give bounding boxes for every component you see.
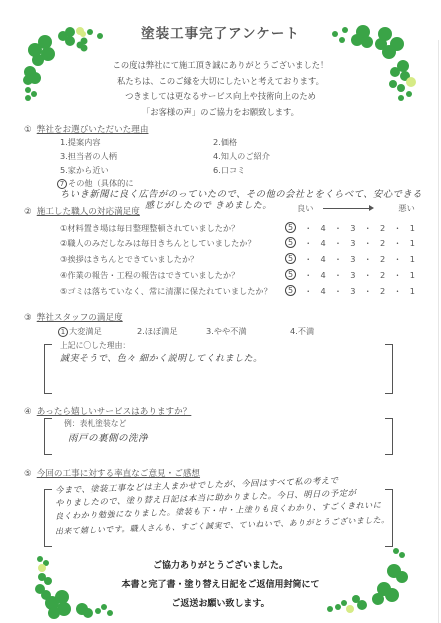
intro-line: つきましては更なるサービス向上や技術向上のため — [0, 89, 441, 105]
intro-line: この度は弊社にて施工頂き誠にありがとうございました！ — [0, 58, 441, 74]
section-number: ④ — [24, 407, 32, 417]
rating-scale[interactable]: 5・4・3・2・1 — [285, 270, 415, 281]
rating-option[interactable]: 1 — [410, 238, 415, 249]
rating-option[interactable]: 1 — [410, 270, 415, 281]
rating-scale[interactable]: 5・4・3・2・1 — [285, 223, 415, 234]
section3-heading: ③弊社スタッフの満足度 — [24, 311, 123, 323]
reason-box-right-bracket — [385, 344, 393, 394]
reason-option[interactable]: 3.担当者の人柄 — [60, 151, 117, 162]
rating-option[interactable]: 1 — [410, 254, 415, 265]
arrow-right-icon — [323, 208, 371, 209]
rating-option[interactable]: 3 — [350, 286, 355, 297]
page-edge-line — [438, 40, 439, 623]
section2-heading: ②施工した職人の対応満足度 — [24, 205, 140, 217]
scale-good-label: 良い — [297, 203, 313, 214]
rating-selected[interactable]: 5 — [285, 222, 296, 233]
intro-line: 「お客様の声」のご協力をお願致します。 — [0, 105, 441, 121]
rating-option[interactable]: 4 — [321, 223, 326, 234]
rating-option[interactable]: 2 — [380, 270, 385, 281]
reason-option[interactable]: 6.口コミ — [213, 165, 245, 176]
service-example: 例：表札塗装など — [64, 418, 126, 429]
reason-option[interactable]: 5.家から近い — [60, 165, 109, 176]
question-text: ③挨拶はきちんとできていましたか？ — [60, 254, 198, 265]
survey-page: 塗装工事完了アンケート この度は弊社にて施工頂き誠にありがとうございました！ 私… — [0, 0, 441, 623]
rating-option[interactable]: 2 — [380, 254, 385, 265]
question-text: ②職人のみだしなみは毎日きちんとしていましたか？ — [60, 238, 256, 249]
rating-selected[interactable]: 5 — [285, 285, 296, 296]
section-label: 弊社スタッフの満足度 — [37, 313, 123, 323]
closing-line: ご協力ありがとうございました。 — [0, 557, 441, 576]
survey-title: 塗装工事完了アンケート — [0, 22, 441, 42]
rating-option[interactable]: 1 — [410, 223, 415, 234]
section-number: ⑤ — [24, 469, 32, 479]
section-label: 施工した職人の対応満足度 — [37, 207, 140, 217]
scale-legend: 良い 悪い — [297, 203, 415, 214]
rating-option[interactable]: 3 — [350, 238, 355, 249]
section-number: ① — [24, 125, 32, 135]
section-label: 弊社をお選びいただいた理由 — [37, 125, 149, 135]
question-text: ①材料置き場は毎日整理整頓されていましたか？ — [60, 223, 239, 234]
staff-option[interactable]: 2.ほぼ満足 — [137, 326, 178, 337]
handwritten-service[interactable]: 雨戸の裏側の洗浄 — [68, 430, 148, 444]
service-box-right-bracket — [385, 418, 393, 455]
rating-option[interactable]: 4 — [321, 238, 326, 249]
rating-selected[interactable]: 5 — [285, 237, 296, 248]
intro-text: この度は弊社にて施工頂き誠にありがとうございました！ 私たちは、このご縁を大切に… — [0, 58, 441, 120]
rating-option[interactable]: 3 — [350, 223, 355, 234]
comment-box-left-bracket — [44, 489, 52, 547]
section5-heading: ⑤今回の工事に対する率直なご意見・ご感想 — [24, 467, 200, 479]
closing-message: ご協力ありがとうございました。 本書と完了書・塗り替え日記をご返信用封筒にて ご… — [0, 557, 441, 614]
section-number: ② — [24, 207, 32, 217]
reason-option[interactable]: 1.提案内容 — [60, 137, 101, 148]
rating-option[interactable]: 3 — [350, 270, 355, 281]
reason-box-left-bracket — [44, 344, 52, 394]
reason-option[interactable]: 4.知人のご紹介 — [213, 151, 270, 162]
question-text: ⑤ゴミは落ちていなく、常に清潔に保たれていましたか？ — [60, 286, 272, 297]
rating-scale[interactable]: 5・4・3・2・1 — [285, 238, 415, 249]
rating-selected[interactable]: 5 — [285, 253, 296, 264]
section-label: 今回の工事に対する率直なご意見・ご感想 — [37, 469, 200, 479]
section-number: ③ — [24, 313, 32, 323]
rating-scale[interactable]: 5・4・3・2・1 — [285, 286, 415, 297]
scale-bad-label: 悪い — [398, 203, 414, 214]
rating-option[interactable]: 4 — [321, 286, 326, 297]
reason-label: 上記に〇した理由： — [60, 340, 130, 351]
section1-heading: ①弊社をお選びいただいた理由 — [24, 123, 148, 135]
question-text: ④作業の報告・工程の報告はできていましたか？ — [60, 270, 239, 281]
handwritten-reason-line[interactable]: 感じがしたので きめました。 — [145, 198, 272, 211]
intro-line: 私たちは、このご縁を大切にしたいと考えております。 — [0, 74, 441, 90]
rating-option[interactable]: 2 — [380, 286, 385, 297]
rating-scale[interactable]: 5・4・3・2・1 — [285, 254, 415, 265]
staff-option-selected[interactable]: 1大変満足 — [58, 326, 102, 337]
reason-option[interactable]: 2.価格 — [213, 137, 237, 148]
staff-option[interactable]: 4.不満 — [290, 326, 314, 337]
rating-option[interactable]: 2 — [380, 238, 385, 249]
service-box-left-bracket — [44, 418, 52, 455]
rating-selected[interactable]: 5 — [285, 269, 296, 280]
closing-line: ご返送お願い致します。 — [0, 595, 441, 614]
handwritten-staff-reason[interactable]: 誠実そうで、色々 細かく説明してくれました。 — [60, 351, 263, 364]
rating-option[interactable]: 2 — [380, 223, 385, 234]
closing-line: 本書と完了書・塗り替え日記をご返信用封筒にて — [0, 576, 441, 595]
section-label: あったら嬉しいサービスはありますか？ — [37, 407, 192, 417]
rating-option[interactable]: 3 — [350, 254, 355, 265]
rating-option[interactable]: 4 — [321, 270, 326, 281]
section4-heading: ④あったら嬉しいサービスはありますか？ — [24, 405, 191, 417]
selected-circle: 1 — [58, 327, 68, 337]
rating-option[interactable]: 4 — [321, 254, 326, 265]
staff-option[interactable]: 3.やや不満 — [206, 326, 247, 337]
rating-option[interactable]: 1 — [410, 286, 415, 297]
